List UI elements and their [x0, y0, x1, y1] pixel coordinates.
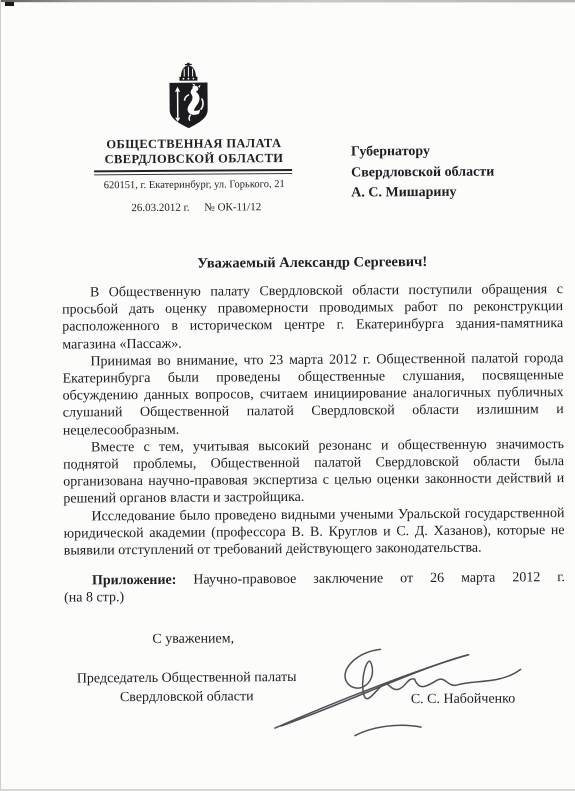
org-address: 620151, г. Екатеринбург, ул. Горького, 2…	[94, 179, 294, 191]
divider-thick-line	[94, 169, 292, 172]
recipient-name: А. С. Мишарину	[351, 183, 494, 204]
recipient-region: Свердловской области	[351, 162, 494, 183]
signatory-name: С. С. Набойченко	[411, 691, 516, 708]
recipient-title: Губернатору	[351, 142, 494, 163]
attachment-block: Приложение: Научно-правовое заключение о…	[64, 569, 565, 607]
salutation: Уважаемый Александр Сергеевич!	[62, 253, 563, 273]
paragraph-4: Исследование было проведено видными учен…	[63, 505, 564, 560]
coat-of-arms-icon	[166, 63, 211, 137]
letter-body: Уважаемый Александр Сергеевич! В Обществ…	[62, 253, 565, 607]
scanned-letter-page: ОБЩЕСТВЕННАЯ ПАЛАТА СВЕРДЛОВСКОЙ ОБЛАСТИ…	[0, 0, 575, 791]
letter-date: 26.03.2012 г.	[131, 202, 189, 214]
closing-regards: С уважением,	[152, 631, 234, 648]
letter-ref-number: № ОК-11/12	[204, 201, 261, 213]
signature-handwriting-icon	[268, 634, 561, 748]
attachment-label: Приложение:	[92, 573, 177, 589]
paragraph-2: Принимая во внимание, что 23 марта 2012 …	[62, 350, 564, 440]
letter-sheet: ОБЩЕСТВЕННАЯ ПАЛАТА СВЕРДЛОВСКОЙ ОБЛАСТИ…	[0, 0, 575, 791]
divider-thin-line	[94, 173, 292, 175]
letterhead: ОБЩЕСТВЕННАЯ ПАЛАТА СВЕРДЛОВСКОЙ ОБЛАСТИ…	[93, 60, 293, 61]
attachment-pages: (на 8 стр.)	[64, 587, 565, 608]
letterhead-divider	[94, 169, 292, 175]
paragraph-1: В Общественную палату Свердловской облас…	[62, 281, 563, 353]
attachment-text: Научно-правовое заключение от 26 марта 2…	[193, 570, 565, 588]
paragraph-3: Вместе с тем, учитывая высокий резонанс …	[63, 436, 564, 508]
letter-meta: 26.03.2012 г. № ОК-11/12	[94, 201, 294, 202]
org-name-line1: ОБЩЕСТВЕННАЯ ПАЛАТА	[94, 136, 294, 152]
org-name-line2: СВЕРДЛОВСКОЙ ОБЛАСТИ	[94, 151, 294, 167]
org-name: ОБЩЕСТВЕННАЯ ПАЛАТА СВЕРДЛОВСКОЙ ОБЛАСТИ	[94, 136, 294, 167]
recipient-block: Губернатору Свердловской области А. С. М…	[351, 142, 495, 204]
